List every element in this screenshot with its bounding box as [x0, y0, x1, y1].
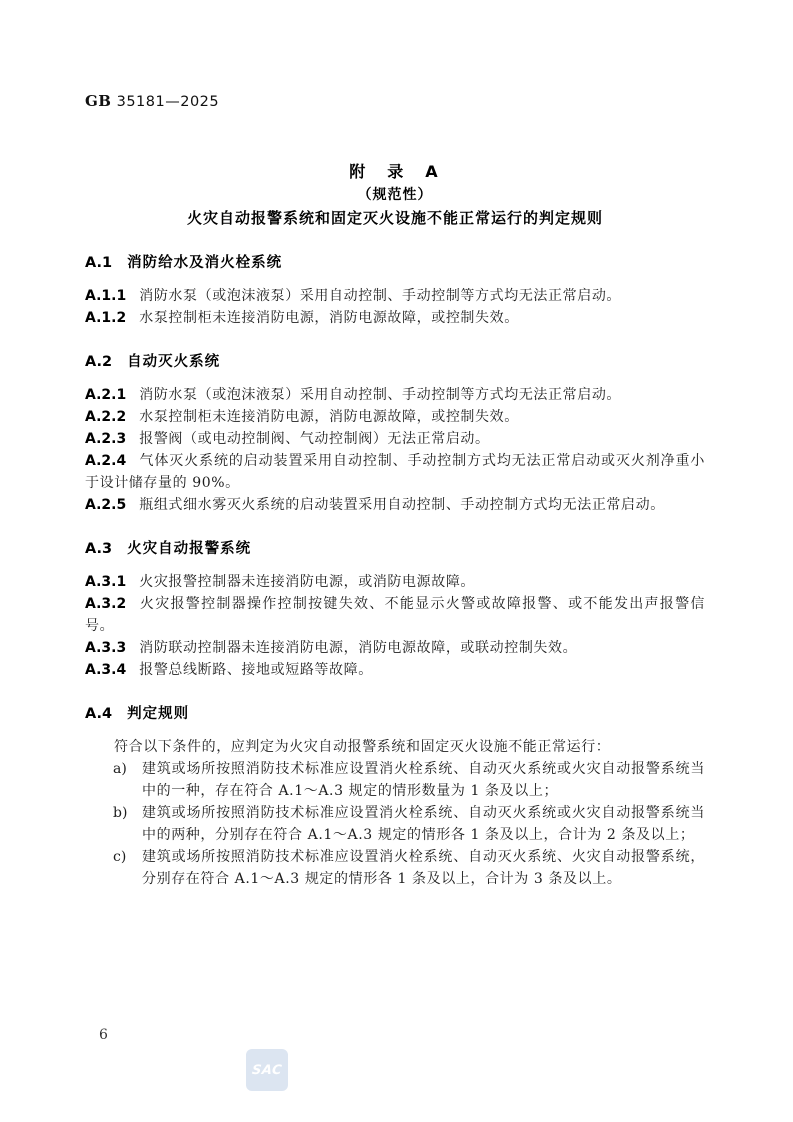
clause: A.2.2水泵控制柜未连接消防电源，消防电源故障，或控制失效。: [85, 406, 705, 428]
clause-text: 消防水泵（或泡沫液泵）采用自动控制、手动控制等方式均无法正常启动。: [139, 288, 621, 304]
clause-number: A.3.2: [85, 596, 126, 612]
section-a3: A.3火灾自动报警系统 A.3.1火灾报警控制器未连接消防电源，或消防电源故障。…: [85, 539, 705, 681]
section-number: A.3: [85, 541, 112, 557]
sac-logo: SAC: [246, 1049, 288, 1091]
clause-number: A.2.4: [85, 453, 126, 469]
clause: A.3.3消防联动控制器未连接消防电源，消防电源故障，或联动控制失效。: [85, 637, 705, 659]
clause-text: 报警总线断路、接地或短路等故障。: [139, 662, 373, 678]
page-content: GB 35181—2025 附 录 A （规范性） 火灾自动报警系统和固定灭火设…: [85, 92, 705, 890]
clause-text: 报警阀（或电动控制阀、气动控制阀）无法正常启动。: [139, 431, 489, 447]
sac-logo-text: SAC: [251, 1063, 283, 1078]
appendix-title-block: 附 录 A （规范性） 火灾自动报警系统和固定灭火设施不能正常运行的判定规则: [85, 160, 705, 230]
clause-number: A.1.2: [85, 310, 126, 326]
appendix-subtitle: 火灾自动报警系统和固定灭火设施不能正常运行的判定规则: [85, 207, 705, 230]
section-number: A.2: [85, 354, 112, 370]
appendix-normative-label: （规范性）: [85, 184, 705, 207]
clause: A.2.4气体灭火系统的启动装置采用自动控制、手动控制方式均无法正常启动或灭火剂…: [85, 450, 705, 494]
list-item-marker: c): [85, 846, 142, 890]
section-number: A.4: [85, 706, 112, 722]
section-a4: A.4判定规则 符合以下条件的，应判定为火灾自动报警系统和固定灭火设施不能正常运…: [85, 704, 705, 890]
section-heading-text: 火灾自动报警系统: [127, 541, 251, 557]
section-heading: A.4判定规则: [85, 704, 705, 725]
document-page: GB 35181—2025 附 录 A （规范性） 火灾自动报警系统和固定灭火设…: [0, 0, 793, 1122]
clause-text: 消防水泵（或泡沫液泵）采用自动控制、手动控制等方式均无法正常启动。: [139, 387, 621, 403]
clause-number: A.2.3: [85, 431, 126, 447]
section-heading: A.2自动灭火系统: [85, 352, 705, 373]
list-item: a) 建筑或场所按照消防技术标准应设置消火栓系统、自动灭火系统或火灾自动报警系统…: [85, 758, 705, 802]
clause: A.3.2火灾报警控制器操作控制按键失效、不能显示火警或故障报警、或不能发出声报…: [85, 593, 705, 637]
section-heading: A.1消防给水及消火栓系统: [85, 253, 705, 274]
section-heading-text: 消防给水及消火栓系统: [127, 255, 282, 271]
section-heading-text: 判定规则: [127, 706, 189, 722]
clause-number: A.3.4: [85, 662, 126, 678]
clause-number: A.3.1: [85, 574, 126, 590]
clause: A.3.4报警总线断路、接地或短路等故障。: [85, 659, 705, 681]
clause-text: 水泵控制柜未连接消防电源，消防电源故障，或控制失效。: [139, 310, 519, 326]
judgement-list: a) 建筑或场所按照消防技术标准应设置消火栓系统、自动灭火系统或火灾自动报警系统…: [85, 758, 705, 890]
list-item: b) 建筑或场所按照消防技术标准应设置消火栓系统、自动灭火系统或火灾自动报警系统…: [85, 802, 705, 846]
clause-number: A.2.1: [85, 387, 126, 403]
list-item-text: 建筑或场所按照消防技术标准应设置消火栓系统、自动灭火系统、火灾自动报警系统，分别…: [142, 846, 705, 890]
clause: A.2.1消防水泵（或泡沫液泵）采用自动控制、手动控制等方式均无法正常启动。: [85, 384, 705, 406]
list-item-marker: b): [85, 802, 142, 846]
page-number: 6: [99, 1027, 108, 1043]
standard-number-header: GB 35181—2025: [85, 92, 705, 110]
clause: A.1.2水泵控制柜未连接消防电源，消防电源故障，或控制失效。: [85, 307, 705, 329]
clause: A.3.1火灾报警控制器未连接消防电源，或消防电源故障。: [85, 571, 705, 593]
clause-text: 水泵控制柜未连接消防电源，消防电源故障，或控制失效。: [139, 409, 519, 425]
clause-text: 气体灭火系统的启动装置采用自动控制、手动控制方式均无法正常启动或灭火剂净重小于设…: [85, 453, 705, 491]
clause-text: 火灾报警控制器未连接消防电源，或消防电源故障。: [139, 574, 475, 590]
judgement-intro: 符合以下条件的，应判定为火灾自动报警系统和固定灭火设施不能正常运行：: [85, 736, 705, 758]
clause-number: A.1.1: [85, 288, 126, 304]
list-item-text: 建筑或场所按照消防技术标准应设置消火栓系统、自动灭火系统或火灾自动报警系统当中的…: [142, 758, 705, 802]
clause-number: A.3.3: [85, 640, 126, 656]
section-number: A.1: [85, 255, 112, 271]
clause: A.1.1消防水泵（或泡沫液泵）采用自动控制、手动控制等方式均无法正常启动。: [85, 285, 705, 307]
section-heading: A.3火灾自动报警系统: [85, 539, 705, 560]
clause: A.2.3报警阀（或电动控制阀、气动控制阀）无法正常启动。: [85, 428, 705, 450]
section-a2: A.2自动灭火系统 A.2.1消防水泵（或泡沫液泵）采用自动控制、手动控制等方式…: [85, 352, 705, 516]
list-item: c) 建筑或场所按照消防技术标准应设置消火栓系统、自动灭火系统、火灾自动报警系统…: [85, 846, 705, 890]
clause-text: 瓶组式细水雾灭火系统的启动装置采用自动控制、手动控制方式均无法正常启动。: [139, 497, 665, 513]
clause-text: 火灾报警控制器操作控制按键失效、不能显示火警或故障报警、或不能发出声报警信号。: [85, 596, 705, 634]
clause-number: A.2.2: [85, 409, 126, 425]
list-item-text: 建筑或场所按照消防技术标准应设置消火栓系统、自动灭火系统或火灾自动报警系统当中的…: [142, 802, 705, 846]
standard-code: GB: [85, 92, 112, 110]
clause-text: 消防联动控制器未连接消防电源，消防电源故障，或联动控制失效。: [139, 640, 577, 656]
clause: A.2.5瓶组式细水雾灭火系统的启动装置采用自动控制、手动控制方式均无法正常启动…: [85, 494, 705, 516]
appendix-label: 附 录 A: [85, 160, 705, 184]
standard-edition-number: 35181—2025: [117, 94, 220, 110]
list-item-marker: a): [85, 758, 142, 802]
section-a1: A.1消防给水及消火栓系统 A.1.1消防水泵（或泡沫液泵）采用自动控制、手动控…: [85, 253, 705, 329]
section-heading-text: 自动灭火系统: [127, 354, 220, 370]
clause-number: A.2.5: [85, 497, 126, 513]
